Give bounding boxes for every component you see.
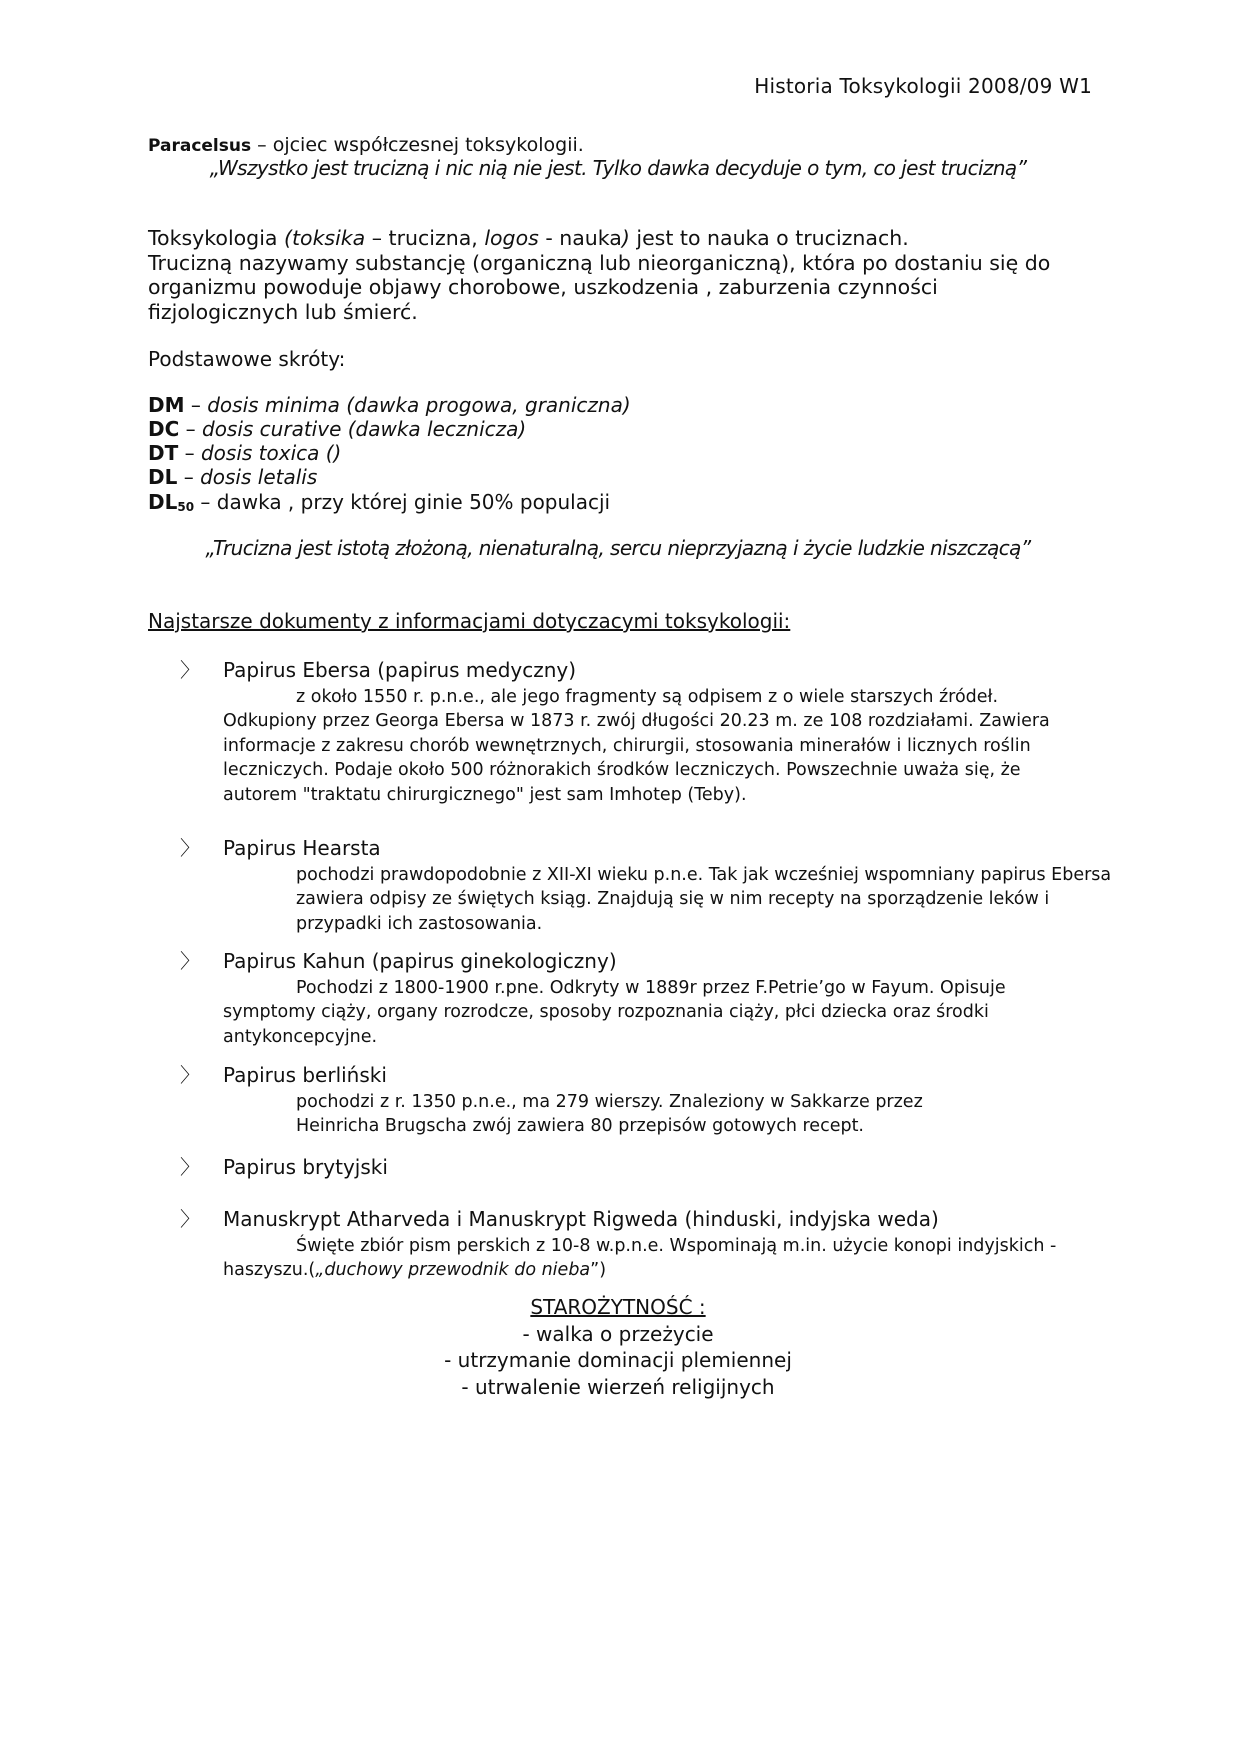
antiquity-line: - utrzymanie dominacji plemiennej	[148, 1347, 1088, 1374]
abbreviation-code: DC	[148, 417, 179, 441]
abbreviation-separator: –	[177, 465, 200, 489]
abbreviation-code: DM	[148, 393, 185, 417]
abbreviation-separator: –	[178, 441, 201, 465]
abbreviation-item: DC – dosis curative (dawka lecznicza)	[148, 417, 1088, 441]
dl50-sep: –	[194, 490, 217, 514]
document-title: Papirus Kahun (papirus ginekologiczny)	[223, 948, 617, 975]
document-description: pochodzi z r. 1350 p.n.e., ma 279 wiersz…	[296, 1090, 996, 1139]
abbreviation-meaning: dosis letalis	[200, 465, 317, 489]
document-description: Pochodzi z 1800-1900 r.pne. Odkryty w 18…	[223, 976, 1088, 1049]
abbreviation-code: DT	[148, 441, 178, 465]
chevron-right-icon: 〉	[180, 1062, 200, 1089]
abbreviation-item: DL – dosis letalis	[148, 465, 1088, 489]
paren-close: )	[622, 226, 630, 250]
page-header: Historia Toksykologii 2008/09 W1	[754, 74, 1092, 98]
document-description-end: ”)	[590, 1260, 606, 1280]
chevron-right-icon: 〉	[180, 1206, 200, 1233]
antiquity-heading: STAROŻYTNOŚĆ :	[148, 1294, 1088, 1321]
antiquity-section: STAROŻYTNOŚĆ : - walka o przeżycie - utr…	[148, 1294, 1088, 1400]
toksika-meaning: – trucizna,	[365, 226, 484, 250]
documents-heading: Najstarsze dokumenty z informacjami doty…	[148, 608, 1088, 635]
paren-open: (	[284, 226, 292, 250]
document-title: Papirus berliński	[223, 1062, 387, 1089]
term-logos: logos	[484, 226, 538, 250]
document-description-text: Pochodzi z 1800-1900 r.pne. Odkryty w 18…	[223, 978, 1006, 1047]
chevron-right-icon: 〉	[180, 657, 200, 684]
document-description: z około 1550 r. p.n.e., ale jego fragmen…	[223, 685, 1088, 807]
document-description-italic: „duchowy przewodnik do nieba	[315, 1260, 590, 1280]
document-description-text: z około 1550 r. p.n.e., ale jego fragmen…	[223, 687, 1050, 805]
paracelsus-quote: „Wszystko jest trucizną i nic nią nie je…	[148, 156, 1088, 181]
term-toksykologia: Toksykologia	[148, 226, 284, 250]
document-title: Papirus Ebersa (papirus medyczny)	[223, 657, 576, 684]
chevron-right-icon: 〉	[180, 1154, 200, 1181]
abbreviation-dl50: DL50 – dawka , przy której ginie 50% pop…	[148, 489, 1088, 521]
dl50-meaning: dawka , przy której ginie 50% populacji	[217, 490, 610, 514]
definition-rest: jest to nauka o truciznach.	[630, 226, 909, 250]
document-page: Historia Toksykologii 2008/09 W1 Paracel…	[0, 0, 1240, 1754]
antiquity-line: - walka o przeżycie	[148, 1321, 1088, 1348]
document-title: Papirus Hearsta	[223, 835, 381, 862]
abbreviation-item: DT – dosis toxica ()	[148, 441, 1088, 465]
abbreviation-meaning: dosis toxica ()	[201, 441, 341, 465]
logos-meaning: - nauka	[539, 226, 622, 250]
poison-definition: Trucizną nazywamy substancję (organiczną…	[148, 251, 1050, 324]
antiquity-line: - utrwalenie wierzeń religijnych	[148, 1374, 1088, 1401]
poison-quote: „Trucizna jest istotą złożoną, nienatura…	[148, 536, 1088, 561]
abbreviations-list: DM – dosis minima (dawka progowa, granic…	[148, 393, 1088, 489]
dl50-abbr: DL	[148, 490, 177, 514]
abbreviation-code: DL	[148, 465, 177, 489]
abbreviation-item: DM – dosis minima (dawka progowa, granic…	[148, 393, 1088, 417]
abbreviation-meaning: dosis minima (dawka progowa, graniczna)	[207, 393, 630, 417]
document-title: Papirus brytyjski	[223, 1154, 388, 1181]
dl50-subscript: 50	[177, 500, 194, 514]
abbreviation-separator: –	[179, 417, 202, 441]
document-title: Manuskrypt Atharveda i Manuskrypt Rigwed…	[223, 1206, 939, 1233]
document-description: Święte zbiór pism perskich z 10-8 w.p.n.…	[223, 1234, 1088, 1283]
chevron-right-icon: 〉	[180, 948, 200, 975]
paracelsus-name: Paracelsus	[148, 136, 251, 156]
paracelsus-description: – ojciec współczesnej toksykologii.	[251, 134, 584, 156]
paracelsus-line: Paracelsus – ojciec współczesnej toksyko…	[148, 133, 1088, 159]
chevron-right-icon: 〉	[180, 835, 200, 862]
abbreviation-meaning: dosis curative (dawka lecznicza)	[202, 417, 526, 441]
document-description: pochodzi prawdopodobnie z XII-XI wieku p…	[296, 863, 1116, 936]
term-toksika: toksika	[292, 226, 365, 250]
definition-paragraph: Toksykologia (toksika – trucizna, logos …	[148, 226, 1088, 324]
abbreviation-separator: –	[185, 393, 208, 417]
abbreviations-heading: Podstawowe skróty:	[148, 346, 1088, 373]
